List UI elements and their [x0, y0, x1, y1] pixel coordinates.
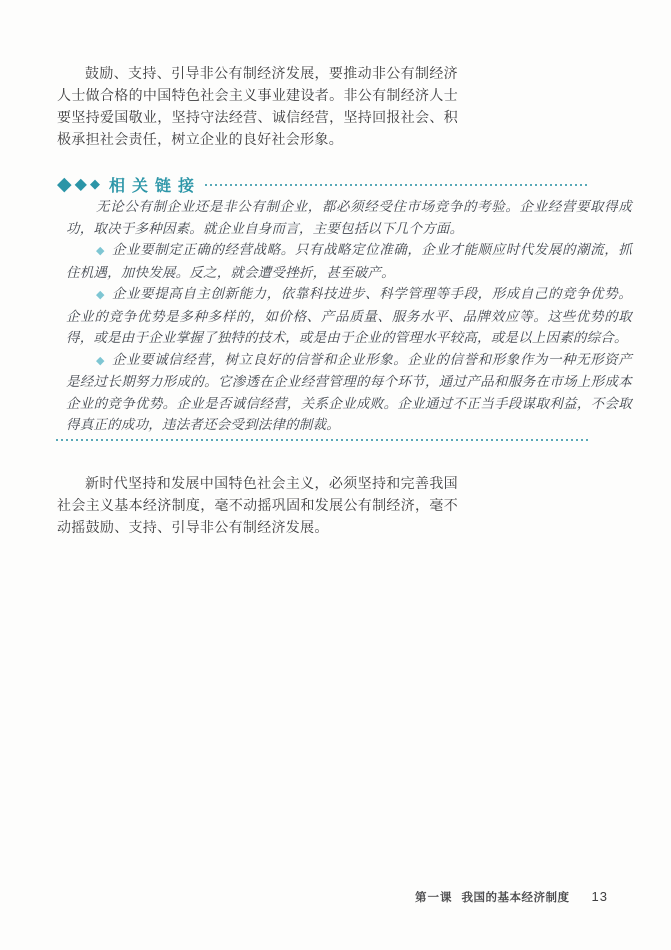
bullet-text: 企业要诚信经营，树立良好的信誉和企业形象。企业的信誉和形象作为一种无形资产是经过…: [66, 352, 632, 433]
bullet-diamond-icon: ◆: [96, 244, 105, 257]
bullet-diamond-icon: ◆: [96, 354, 105, 367]
bullet-text: 企业要制定正确的经营战略。只有战略定位准确，企业才能顺应时代发展的潮流，抓住机遇…: [66, 242, 632, 280]
diamond-icon: ◆: [57, 175, 72, 194]
intro-paragraph: 鼓励、支持、引导非公有制经济发展，要推动非公有制经济人士做合格的中国特色社会主义…: [57, 64, 458, 152]
diamond-icon: ◆: [75, 176, 87, 192]
bullet-text: 企业要提高自主创新能力，依靠科技进步、科学管理等手段，形成自己的竞争优势。企业的…: [66, 286, 632, 345]
related-links-bullet: ◆企业要提高自主创新能力，依靠科技进步、科学管理等手段，形成自己的竞争优势。企业…: [66, 283, 632, 349]
diamond-icon: ◆: [90, 178, 100, 191]
dotted-rule-top: [205, 184, 588, 186]
footer-page-number: 13: [592, 889, 608, 904]
related-links-bullet: ◆企业要制定正确的经营战略。只有战略定位准确，企业才能顺应时代发展的潮流，抓住机…: [66, 239, 632, 283]
footer-lesson-label: 第一课: [415, 889, 453, 905]
dotted-rule-bottom: [56, 439, 588, 441]
related-links-title: 相关链接: [109, 173, 201, 196]
related-links-header: ◆ ◆ ◆ 相关链接: [57, 174, 588, 194]
related-links-intro: 无论公有制企业还是非公有制企业，都必须经受住市场竞争的考验。企业经营要取得成功，…: [66, 196, 632, 239]
footer-chapter-title: 我国的基本经济制度: [462, 889, 570, 905]
related-links-bullet: ◆企业要诚信经营，树立良好的信誉和企业形象。企业的信誉和形象作为一种无形资产是经…: [66, 349, 632, 436]
textbook-page: 鼓励、支持、引导非公有制经济发展，要推动非公有制经济人士做合格的中国特色社会主义…: [0, 0, 671, 950]
closing-paragraph: 新时代坚持和发展中国特色社会主义，必须坚持和完善我国社会主义基本经济制度，毫不动…: [57, 474, 458, 540]
page-footer: 第一课 我国的基本经济制度 13: [415, 889, 608, 905]
bullet-diamond-icon: ◆: [96, 288, 105, 301]
related-links-box: 无论公有制企业还是非公有制企业，都必须经受住市场竞争的考验。企业经营要取得成功，…: [66, 196, 632, 436]
